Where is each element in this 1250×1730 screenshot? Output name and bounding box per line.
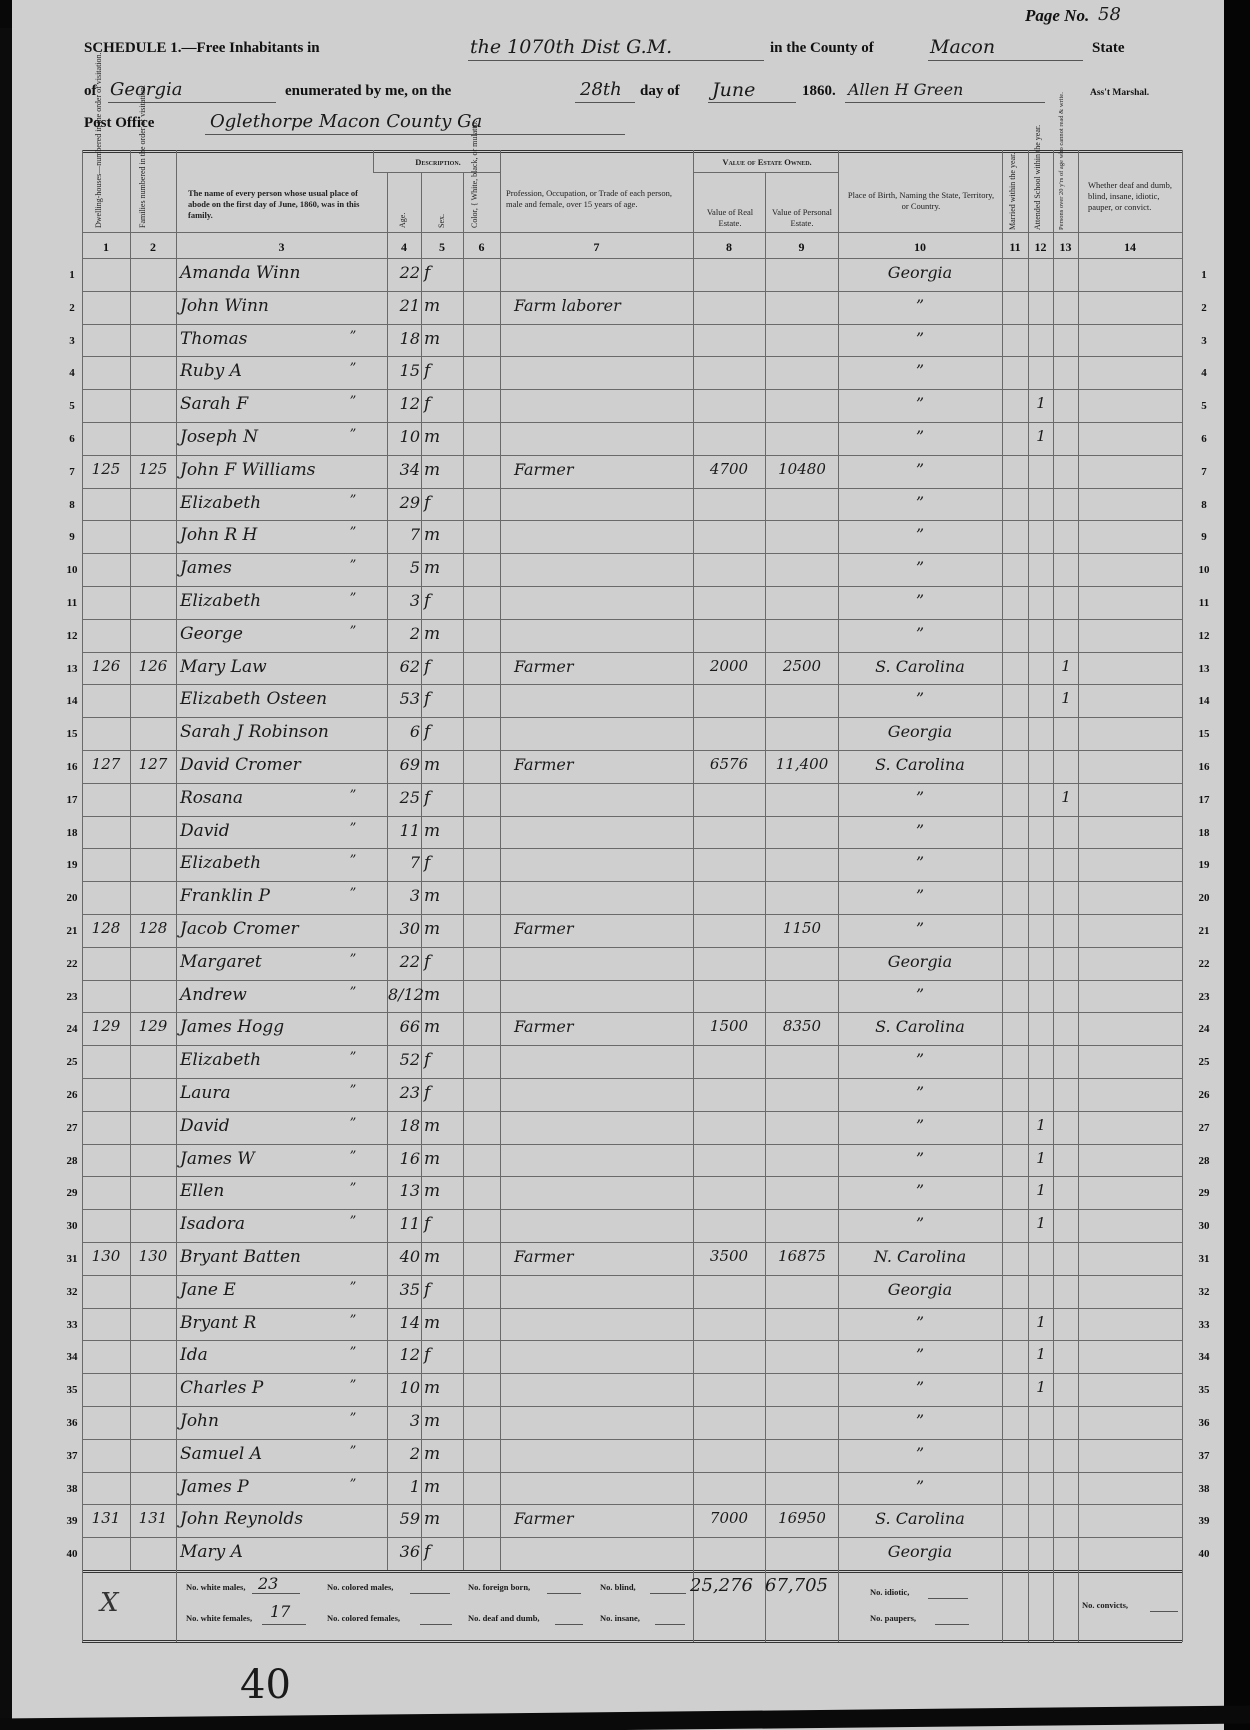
cell-sex: f: [424, 952, 460, 972]
cell-name: Elizabeth: [180, 591, 350, 611]
col-4-header: Age.: [398, 213, 407, 228]
cell-sex: m: [424, 1116, 460, 1136]
cell-sex: m: [424, 329, 460, 349]
line-number-right: 26: [1192, 1089, 1216, 1101]
cell-name: John R H: [180, 525, 350, 545]
county-label: in the County of: [770, 40, 874, 57]
row-divider: [82, 586, 1182, 587]
marshal-name: Allen H Green: [848, 80, 963, 99]
cell-name: Andrew: [180, 985, 350, 1005]
cell-ditto: ”: [342, 427, 364, 442]
cell-ditto: ”: [342, 821, 364, 836]
col-6-header: Color, { White, black, or mulatto.: [470, 170, 479, 228]
line-number-right: 32: [1192, 1286, 1216, 1298]
row-divider: [82, 1012, 1182, 1013]
col-3-header: The name of every person whose usual pla…: [188, 188, 368, 221]
line-number-right: 29: [1192, 1187, 1216, 1199]
col-1-2-divider: [130, 150, 131, 1570]
cell-age: 18: [388, 1116, 420, 1135]
row-divider: [82, 1537, 1182, 1538]
marshal-underline: [845, 102, 1045, 103]
cell-ditto: ”: [342, 952, 364, 967]
line-number-right: 17: [1192, 794, 1216, 806]
cell-ditto: ”: [342, 788, 364, 803]
cell-birthplace: ”: [840, 394, 1000, 413]
line-number-left: 21: [60, 925, 84, 937]
row-divider: [82, 1340, 1182, 1341]
cell-name: John: [180, 1411, 350, 1431]
page-total-note: 40: [240, 1662, 291, 1708]
cell-personal: 16875: [767, 1247, 837, 1265]
cell-name: Laura: [180, 1083, 350, 1103]
cell-age: 69: [388, 755, 420, 774]
cell-age: 16: [388, 1149, 420, 1168]
cell-name: David: [180, 1116, 350, 1136]
cell-birthplace: ”: [840, 558, 1000, 577]
cell-sex: m: [424, 296, 460, 316]
line-number-right: 24: [1192, 1023, 1216, 1035]
cell-dwelling: 131: [84, 1509, 128, 1527]
cell-age: 52: [388, 1050, 420, 1069]
cell-name: Mary Law: [180, 657, 350, 677]
cell-sex: m: [424, 985, 460, 1005]
cell-sex: f: [424, 689, 460, 709]
table-right-border: [1182, 150, 1183, 1642]
cell-birthplace: ”: [840, 591, 1000, 610]
cell-age: 30: [388, 919, 420, 938]
cell-ditto: ”: [342, 1280, 364, 1295]
col-14-header: Whether deaf and dumb, blind, insane, id…: [1088, 180, 1178, 213]
line-number-right: 14: [1192, 695, 1216, 707]
cell-ditto: ”: [342, 361, 364, 376]
line-number-left: 24: [60, 1023, 84, 1035]
row-divider: [82, 652, 1182, 653]
month-field: June: [712, 79, 755, 101]
cell-ditto: ”: [342, 591, 364, 606]
cell-age: 66: [388, 1017, 420, 1036]
cell-name: George: [180, 624, 350, 644]
row-divider: [82, 1242, 1182, 1243]
cell-school: 1: [1029, 394, 1053, 412]
cell-sex: f: [424, 722, 460, 742]
cell-birthplace: ”: [840, 1444, 1000, 1463]
foreign-born-underline: [547, 1593, 581, 1594]
county-field: Macon: [930, 36, 995, 58]
row-divider: [82, 1111, 1182, 1112]
row-divider: [82, 848, 1182, 849]
cell-age: 62: [388, 657, 420, 676]
cell-birthplace: ”: [840, 1083, 1000, 1102]
line-number-left: 4: [60, 367, 84, 379]
cell-age: 14: [388, 1313, 420, 1332]
colnum-divider: [82, 258, 1182, 259]
cell-age: 53: [388, 689, 420, 708]
cell-age: 5: [388, 558, 420, 577]
cell-family: 131: [132, 1509, 174, 1527]
description-group-header: Description.: [376, 157, 500, 168]
row-divider: [82, 947, 1182, 948]
cell-sex: f: [424, 263, 460, 283]
cell-name: John Winn: [180, 296, 350, 316]
cell-name: Mary A: [180, 1542, 350, 1562]
cell-birthplace: S. Carolina: [840, 657, 1000, 676]
cell-name: Margaret: [180, 952, 350, 972]
col-13-header: Persons over 20 y'rs of age who cannot r…: [1057, 150, 1066, 230]
convicts-underline: [1150, 1611, 1178, 1612]
line-number-left: 20: [60, 892, 84, 904]
cell-illiterate: 1: [1054, 689, 1078, 707]
col-11-header: Married within the year.: [1008, 150, 1017, 230]
line-number-right: 33: [1192, 1319, 1216, 1331]
line-number-left: 14: [60, 695, 84, 707]
col-8-9-divider: [765, 172, 766, 1642]
col-12-13-divider: [1053, 150, 1054, 1642]
day-underline: [575, 102, 635, 103]
cell-birthplace: Georgia: [840, 1280, 1000, 1299]
cell-birthplace: ”: [840, 525, 1000, 544]
col-10-header: Place of Birth, Naming the State, Territ…: [845, 190, 997, 212]
row-divider: [82, 520, 1182, 521]
line-number-right: 3: [1192, 335, 1216, 347]
line-number-left: 29: [60, 1187, 84, 1199]
cell-birthplace: Georgia: [840, 263, 1000, 282]
row-divider: [82, 488, 1182, 489]
line-number-left: 9: [60, 531, 84, 543]
scan-border-right: [1224, 0, 1250, 1730]
cell-school: 1: [1029, 1116, 1053, 1134]
cell-age: 22: [388, 952, 420, 971]
cell-age: 13: [388, 1181, 420, 1200]
row-divider: [82, 553, 1182, 554]
line-number-right: 5: [1192, 400, 1216, 412]
blind-label: No. blind,: [600, 1582, 636, 1592]
cell-sex: m: [424, 1017, 460, 1037]
district-underline: [468, 60, 764, 61]
row-divider: [82, 980, 1182, 981]
line-number-left: 27: [60, 1122, 84, 1134]
row-divider: [82, 1144, 1182, 1145]
cell-birthplace: ”: [840, 1149, 1000, 1168]
row-divider: [82, 1373, 1182, 1374]
cell-ditto: ”: [342, 1083, 364, 1098]
line-number-right: 7: [1192, 466, 1216, 478]
district-field: the 1070th Dist G.M.: [470, 36, 672, 58]
line-number-right: 13: [1192, 663, 1216, 675]
cell-age: 22: [388, 263, 420, 282]
colnum-10: 10: [838, 240, 1002, 255]
row-divider: [82, 1472, 1182, 1473]
idiotic-underline: [928, 1598, 968, 1599]
cell-sex: m: [424, 1509, 460, 1529]
line-number-left: 5: [60, 400, 84, 412]
cell-age: 1: [388, 1477, 420, 1496]
cell-ditto: ”: [342, 1378, 364, 1393]
paupers-label: No. paupers,: [870, 1613, 916, 1623]
line-number-right: 25: [1192, 1056, 1216, 1068]
description-left: [373, 150, 374, 172]
cell-birthplace: ”: [840, 788, 1000, 807]
row-divider: [82, 684, 1182, 685]
cell-birthplace: ”: [840, 919, 1000, 938]
cell-name: Joseph N: [180, 427, 350, 447]
white-females-label: No. white females,: [186, 1613, 252, 1623]
row-divider: [82, 1504, 1182, 1505]
cell-age: 18: [388, 329, 420, 348]
cell-birthplace: ”: [840, 1411, 1000, 1430]
cell-name: Isadora: [180, 1214, 350, 1234]
cell-ditto: ”: [342, 1149, 364, 1164]
line-number-left: 33: [60, 1319, 84, 1331]
cell-occupation: Farmer: [504, 657, 700, 676]
cell-sex: m: [424, 1444, 460, 1464]
line-number-right: 36: [1192, 1417, 1216, 1429]
schedule-title: SCHEDULE 1.—Free Inhabitants in: [84, 40, 320, 57]
cell-name: James: [180, 558, 350, 578]
row-divider: [82, 750, 1182, 751]
cell-ditto: ”: [342, 329, 364, 344]
row-divider: [82, 1045, 1182, 1046]
cell-birthplace: Georgia: [840, 952, 1000, 971]
cell-age: 3: [388, 1411, 420, 1430]
cell-birthplace: ”: [840, 1313, 1000, 1332]
cell-ditto: ”: [342, 1477, 364, 1492]
cell-name: Jane E: [180, 1280, 350, 1300]
cell-family: 128: [132, 919, 174, 937]
row-divider: [82, 619, 1182, 620]
line-number-left: 17: [60, 794, 84, 806]
cell-real: 3500: [695, 1247, 763, 1265]
cell-real: 6576: [695, 755, 763, 773]
cell-school: 1: [1029, 427, 1053, 445]
cell-ditto: ”: [342, 1181, 364, 1196]
cell-sex: f: [424, 394, 460, 414]
post-office-field: Oglethorpe Macon County Ga: [210, 111, 482, 132]
cell-age: 7: [388, 853, 420, 872]
cell-school: 1: [1029, 1149, 1053, 1167]
cell-name: John Reynolds: [180, 1509, 350, 1529]
cell-name: James P: [180, 1477, 350, 1497]
cell-real: 4700: [695, 460, 763, 478]
cell-age: 34: [388, 460, 420, 479]
cell-family: 129: [132, 1017, 174, 1035]
line-number-left: 19: [60, 859, 84, 871]
cell-dwelling: 125: [84, 460, 128, 478]
cell-ditto: ”: [342, 1313, 364, 1328]
cell-birthplace: ”: [840, 427, 1000, 446]
colnum-12: 12: [1028, 240, 1053, 255]
line-number-left: 7: [60, 466, 84, 478]
row-divider: [82, 1176, 1182, 1177]
insane-underline: [655, 1624, 685, 1625]
line-number-left: 25: [60, 1056, 84, 1068]
cell-age: 25: [388, 788, 420, 807]
colnum-14: 14: [1078, 240, 1182, 255]
cell-birthplace: ”: [840, 1116, 1000, 1135]
cell-sex: m: [424, 1411, 460, 1431]
cell-school: 1: [1029, 1378, 1053, 1396]
line-number-right: 10: [1192, 564, 1216, 576]
description-group-rule: [373, 172, 500, 173]
white-males-underline: [252, 1593, 300, 1594]
line-number-left: 12: [60, 630, 84, 642]
line-number-left: 26: [60, 1089, 84, 1101]
line-number-right: 4: [1192, 367, 1216, 379]
cell-ditto: ”: [342, 394, 364, 409]
margin-x-mark: X: [100, 1588, 119, 1618]
line-number-right: 11: [1192, 597, 1216, 609]
cell-ditto: ”: [342, 985, 364, 1000]
year-label: 1860.: [802, 83, 836, 100]
cell-occupation: Farmer: [504, 1247, 700, 1266]
col-2-3-divider: [176, 150, 177, 1642]
cell-ditto: ”: [342, 1411, 364, 1426]
line-number-right: 38: [1192, 1483, 1216, 1495]
row-divider: [82, 717, 1182, 718]
row-divider: [82, 1209, 1182, 1210]
cell-sex: m: [424, 1477, 460, 1497]
line-number-left: 2: [60, 302, 84, 314]
cell-sex: m: [424, 919, 460, 939]
row-divider: [82, 389, 1182, 390]
cell-age: 12: [388, 394, 420, 413]
cell-sex: f: [424, 1083, 460, 1103]
colnum-6: 6: [463, 240, 500, 255]
line-number-right: 21: [1192, 925, 1216, 937]
line-number-left: 39: [60, 1515, 84, 1527]
cell-sex: m: [424, 1247, 460, 1267]
row-divider: [82, 914, 1182, 915]
line-number-left: 23: [60, 991, 84, 1003]
colored-males-label: No. colored males,: [327, 1582, 393, 1592]
line-number-left: 38: [60, 1483, 84, 1495]
idiotic-label: No. idiotic,: [870, 1587, 909, 1597]
cell-sex: m: [424, 1181, 460, 1201]
line-number-right: 15: [1192, 728, 1216, 740]
cell-occupation: Farmer: [504, 1509, 700, 1528]
estate-group-header: Value of Estate Owned.: [696, 157, 838, 168]
line-number-right: 34: [1192, 1351, 1216, 1363]
colnum-3: 3: [176, 240, 387, 255]
cell-name: Ida: [180, 1345, 350, 1365]
white-males-label: No. white males,: [186, 1582, 246, 1592]
cell-real: 2000: [695, 657, 763, 675]
day-of-label: day of: [640, 83, 680, 100]
line-number-right: 1: [1192, 269, 1216, 281]
enumerated-label: enumerated by me, on the: [285, 83, 451, 100]
cell-school: 1: [1029, 1345, 1053, 1363]
cell-school: 1: [1029, 1313, 1053, 1331]
cell-birthplace: ”: [840, 853, 1000, 872]
cell-sex: f: [424, 853, 460, 873]
cell-illiterate: 1: [1054, 788, 1078, 806]
row-divider: [82, 1308, 1182, 1309]
header-divider: [82, 232, 1182, 233]
cell-name: Elizabeth: [180, 493, 350, 513]
cell-name: Amanda Winn: [180, 263, 350, 283]
cell-birthplace: ”: [840, 361, 1000, 380]
cell-birthplace: Georgia: [840, 1542, 1000, 1561]
col-5-6-divider: [463, 172, 464, 1570]
colnum-13: 13: [1053, 240, 1078, 255]
cell-age: 59: [388, 1509, 420, 1528]
line-number-right: 6: [1192, 433, 1216, 445]
row-divider: [82, 422, 1182, 423]
line-number-right: 40: [1192, 1548, 1216, 1560]
cell-real: 1500: [695, 1017, 763, 1035]
cell-sex: f: [424, 1280, 460, 1300]
line-number-right: 35: [1192, 1384, 1216, 1396]
line-number-left: 15: [60, 728, 84, 740]
line-number-right: 8: [1192, 499, 1216, 511]
cell-age: 2: [388, 624, 420, 643]
cell-dwelling: 128: [84, 919, 128, 937]
cell-birthplace: S. Carolina: [840, 755, 1000, 774]
cell-name: Franklin P: [180, 886, 350, 906]
cell-dwelling: 127: [84, 755, 128, 773]
col-2-header: Families numbered in the order of visita…: [138, 158, 147, 228]
line-number-left: 3: [60, 335, 84, 347]
line-number-left: 10: [60, 564, 84, 576]
col-6-7-divider: [500, 150, 501, 1570]
line-number-left: 35: [60, 1384, 84, 1396]
row-divider: [82, 291, 1182, 292]
cell-occupation: Farmer: [504, 460, 700, 479]
table-top-border: [82, 150, 1182, 153]
cell-sex: m: [424, 821, 460, 841]
page-number-label: Page No.: [1025, 6, 1089, 26]
cell-birthplace: S. Carolina: [840, 1017, 1000, 1036]
cell-ditto: ”: [342, 853, 364, 868]
real-estate-total: 25,276: [690, 1575, 753, 1596]
line-number-left: 28: [60, 1155, 84, 1167]
deaf-dumb-label: No. deaf and dumb,: [468, 1613, 540, 1623]
cell-sex: m: [424, 1378, 460, 1398]
cell-dwelling: 129: [84, 1017, 128, 1035]
cell-sex: f: [424, 361, 460, 381]
cell-occupation: Farmer: [504, 755, 700, 774]
colnum-8: 8: [693, 240, 765, 255]
cell-name: Elizabeth: [180, 853, 350, 873]
cell-ditto: ”: [342, 1116, 364, 1131]
foreign-born-label: No. foreign born,: [468, 1582, 530, 1592]
cell-name: Charles P: [180, 1378, 350, 1398]
line-number-left: 40: [60, 1548, 84, 1560]
cell-personal: 16950: [767, 1509, 837, 1527]
county-underline: [928, 60, 1083, 61]
footer-bottom-border: [82, 1640, 1182, 1643]
line-number-right: 39: [1192, 1515, 1216, 1527]
cell-dwelling: 130: [84, 1247, 128, 1265]
marshal-label: Ass't Marshal.: [1090, 88, 1149, 98]
cell-name: Elizabeth: [180, 1050, 350, 1070]
cell-age: 15: [388, 361, 420, 380]
cell-birthplace: ”: [840, 296, 1000, 315]
cell-age: 21: [388, 296, 420, 315]
post-office-underline: [205, 134, 625, 135]
line-number-right: 31: [1192, 1253, 1216, 1265]
cell-sex: m: [424, 755, 460, 775]
state-label: State: [1092, 40, 1125, 57]
cell-school: 1: [1029, 1181, 1053, 1199]
convicts-label: No. convicts,: [1082, 1600, 1128, 1610]
cell-birthplace: ”: [840, 1181, 1000, 1200]
cell-name: John F Williams: [180, 460, 350, 480]
cell-name: Bryant Batten: [180, 1247, 350, 1267]
line-number-right: 12: [1192, 630, 1216, 642]
cell-real: 7000: [695, 1509, 763, 1527]
cell-age: 2: [388, 1444, 420, 1463]
line-number-right: 16: [1192, 761, 1216, 773]
